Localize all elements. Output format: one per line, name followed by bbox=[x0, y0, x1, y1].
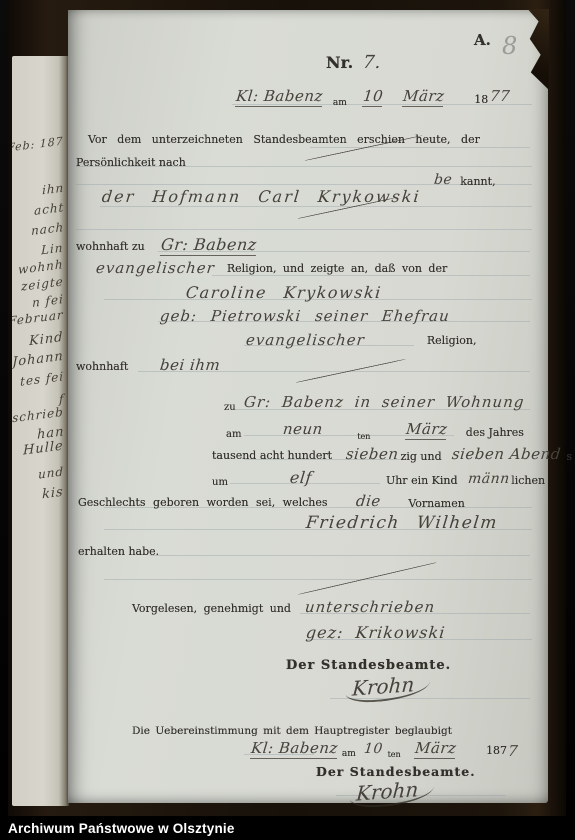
facing-page-fragment: Hulle bbox=[23, 438, 63, 458]
facing-page-fragment: nach bbox=[31, 220, 64, 238]
facing-page-fragment: und bbox=[38, 464, 64, 481]
facing-page-fragment: Johann bbox=[12, 349, 64, 370]
facing-page-fragment: schrieb bbox=[12, 405, 64, 425]
torn-page-corner bbox=[523, 9, 549, 97]
facing-page-fragment: Februar bbox=[12, 308, 64, 329]
archive-watermark-label: Archiwum Państwowe w Olsztynie bbox=[8, 821, 235, 836]
facing-page-fragment: Lin bbox=[42, 241, 64, 258]
archive-watermark-bar: Archiwum Państwowe w Olsztynie bbox=[0, 816, 575, 840]
facing-page-fragment: ihn bbox=[42, 181, 64, 198]
facing-page-fragment: tes fei bbox=[20, 369, 64, 389]
facing-page-edge: Feb: 187ihnachtnachLinwohnhzeigten feiFe… bbox=[12, 56, 69, 806]
scanned-register-page: Feb: 187ihnachtnachLinwohnhzeigten feiFe… bbox=[0, 0, 575, 840]
facing-page-fragment: wohnh bbox=[18, 257, 63, 277]
year-line-text-4: s bbox=[566, 450, 572, 463]
facing-page-fragment: kis bbox=[42, 485, 64, 503]
facing-page-fragment: zeigte bbox=[21, 274, 64, 293]
facing-page-fragment: acht bbox=[34, 200, 64, 218]
facing-page-fragment: Feb: 187 bbox=[12, 134, 64, 154]
facing-page-fragment: Kind bbox=[30, 330, 64, 349]
register-page bbox=[68, 10, 548, 803]
